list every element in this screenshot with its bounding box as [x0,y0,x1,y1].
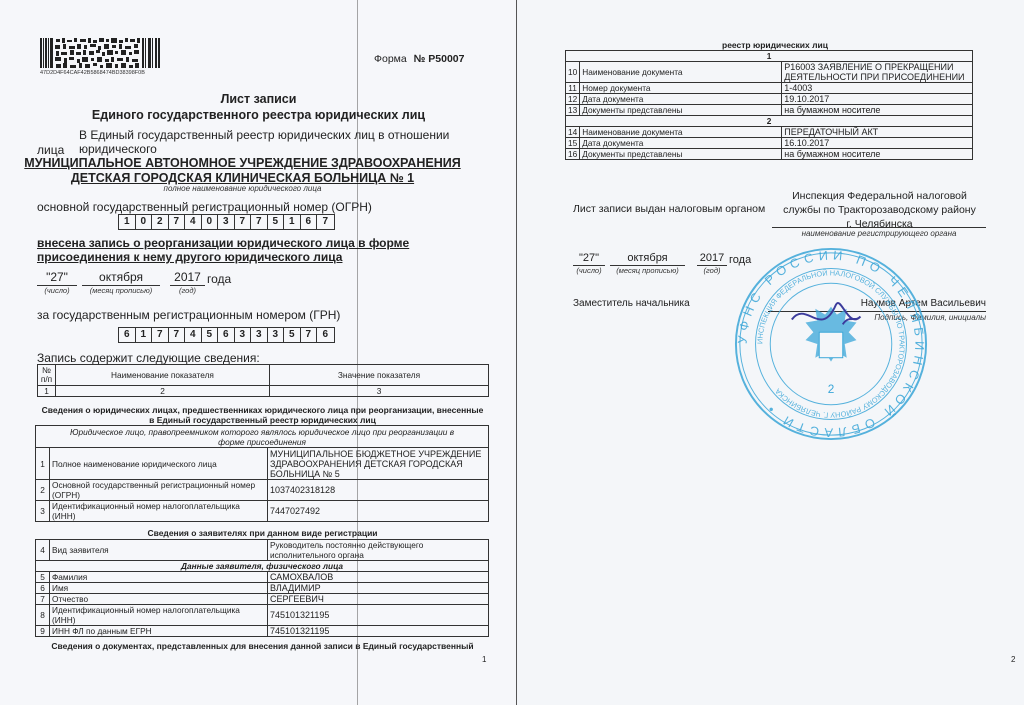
form-label: Форма [374,53,407,65]
date-month: октября [610,252,685,266]
org-name-line2: ДЕТСКАЯ ГОРОДСКАЯ КЛИНИЧЕСКАЯ БОЛЬНИЦА №… [0,171,485,185]
doc-group-2: 2 [566,116,973,127]
form-code: № Р50007 [414,53,465,65]
signer-position: Заместитель начальника [573,298,690,309]
table-row: 9 ИНН ФЛ по данным ЕГРН 745101321195 [36,626,489,637]
svg-text:2: 2 [828,383,835,396]
table-row: 12 Дата документа 19.10.2017 [566,94,973,105]
table-row: 6 Имя ВЛАДИМИР [36,583,489,594]
document-subtitle: Единого государственного реестра юридиче… [0,108,517,122]
date-suffix: года [207,272,231,286]
predecessors-subheader: Юридическое лицо, правопреемником которо… [36,426,489,448]
documents-table: 1 10 Наименование документа Р16003 ЗАЯВЛ… [565,50,973,160]
issue-date: "27" октября 2017 года (число) (месяц пр… [573,252,751,275]
table-row: 11 Номер документа 1-4003 [566,83,973,94]
table-row: 8 Идентификационный номер налогоплательщ… [36,605,489,626]
predecessors-title: Сведения о юридических лицах, предшестве… [30,405,495,425]
table-row: 13 Документы представлены на бумажном но… [566,105,973,116]
applicants-title: Сведения о заявителях при данном виде ре… [30,528,495,538]
org-name-caption: полное наименование юридического лица [0,184,485,193]
page-number: 1 [482,655,486,664]
document-title: Лист записи [0,92,517,106]
table-row: 3 Идентификационный номер налогоплательщ… [36,501,489,522]
table-row: 15 Дата документа 16.10.2017 [566,138,973,149]
intro-text: В Единый государственный реестр юридичес… [79,128,516,156]
authority-caption: наименование регистрирующего органа [772,229,986,238]
table-row: 7 Отчество СЕРГЕЕВИЧ [36,594,489,605]
record-type-line1: внесена запись о реорганизации юридическ… [37,236,409,250]
intro-text-cont: лица [37,143,64,157]
form-number: Форма № Р50007 [374,53,464,65]
predecessors-table: Юридическое лицо, правопреемником которо… [35,425,489,522]
date-day: "27" [37,270,77,286]
applicant-subheader: Данные заявителя, физического лица [36,561,489,572]
applicants-table: 4 Вид заявителя Руководитель постоянно д… [35,539,489,637]
date-year: 2017 [697,252,727,266]
date-month: октября [82,270,160,286]
table-row: 10 Наименование документа Р16003 ЗАЯВЛЕН… [566,62,973,83]
org-name-line1: МУНИЦИПАЛЬНОЕ АВТОНОМНОЕ УЧРЕЖДЕНИЕ ЗДРА… [0,156,485,170]
table-row: 5 Фамилия САМОХВАЛОВ [36,572,489,583]
page-number: 2 [1011,655,1015,664]
ogrn-label: основной государственный регистрационный… [37,200,372,214]
official-stamp-icon: УФНС РОССИИ ПО ЧЕЛЯБИНСКОЙ ОБЛАСТИ • ИНС… [733,246,929,442]
table-row: 2 Основной государственный регистрационн… [36,480,489,501]
page-1: 47D2D4F64CAF42B5868474BD38398F0B Форма №… [0,0,517,705]
grn-digits: 61 77 45 63 33 57 6 [118,327,335,343]
table-row: 1 Полное наименование юридического лица … [36,448,489,480]
doc-group-1: 1 [566,51,973,62]
record-date: "27" октября 2017 года (число) (месяц пр… [37,270,231,295]
table-row: 4 Вид заявителя Руководитель постоянно д… [36,540,489,561]
documents-title-cont: реестр юридических лиц [566,40,984,50]
header-table: № п/п Наименование показателя Значение п… [37,364,489,397]
authority-name: Инспекция Федеральной налоговой службы п… [772,189,987,231]
grn-label: за государственным регистрационным номер… [37,308,340,322]
table-row: 16 Документы представлены на бумажном но… [566,149,973,160]
documents-title: Сведения о документах, представленных дл… [30,641,495,651]
authority-underline [772,227,986,228]
date-year: 2017 [170,270,205,286]
date-day: "27" [573,252,605,266]
contains-label: Запись содержит следующие сведения: [37,351,260,365]
barcode-code: 47D2D4F64CAF42B5868474BD38398F0B [40,70,145,76]
record-type-line2: присоединения к нему другого юридическог… [37,250,342,264]
barcode-icon [40,38,160,68]
issued-label: Лист записи выдан налоговым органом [573,203,765,215]
table-row: 14 Наименование документа ПЕРЕДАТОЧНЫЙ А… [566,127,973,138]
ogrn-digits: 10 27 40 37 75 16 7 [118,214,335,230]
